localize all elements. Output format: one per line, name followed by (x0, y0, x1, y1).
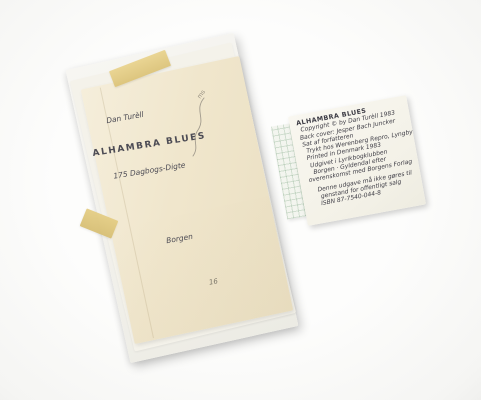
colophon-text-block: ALHAMBRA BLUES Copyright © by Dan Turèll… (296, 100, 422, 209)
envelope-corner-number: 16 (208, 277, 218, 286)
colophon-card: ALHAMBRA BLUES Copyright © by Dan Turèll… (288, 95, 426, 226)
pencil-squiggle-mark (186, 96, 212, 158)
photo-scene: Dan Turèll ALHAMBRA BLUES 175 Dagbogs-Di… (0, 0, 481, 400)
